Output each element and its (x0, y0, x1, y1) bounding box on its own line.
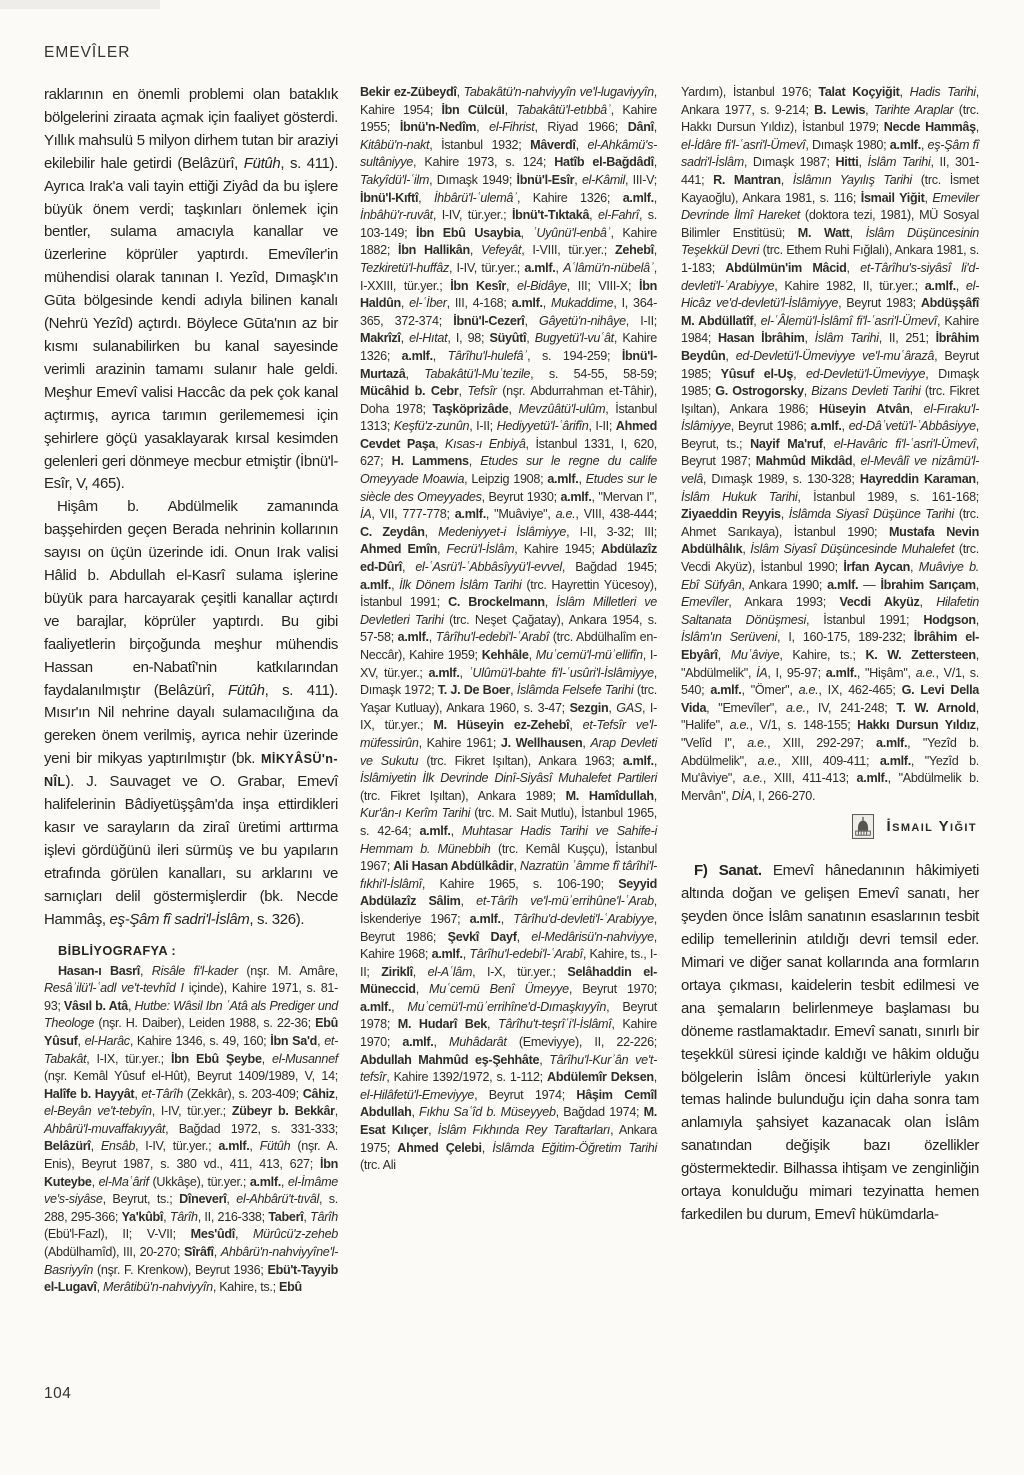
author-signature-row: İsmail Yiğit (681, 814, 977, 839)
column-2: Bekir ez-Zübeydî, Tabakâtü'n-nahviyyîn v… (360, 84, 657, 1175)
body-paragraph: raklarının en önemli problemi olan batak… (44, 84, 338, 496)
column-3: Yardım), İstanbul 1976; Talat Koçyiğit, … (681, 84, 979, 1227)
scan-artifact (0, 0, 160, 9)
page-number: 104 (44, 1385, 71, 1403)
body-paragraph: F) Sanat. Emevî hânedanının hâkimiyeti a… (681, 860, 979, 1227)
encyclopedia-page: EMEVÎLER raklarının en önemli problemi o… (0, 0, 1024, 1475)
author-signature: İsmail Yiğit (887, 818, 977, 835)
bibliography-heading: BİBLİYOGRAFYA : (44, 943, 338, 958)
running-header: EMEVÎLER (44, 44, 130, 62)
bibliography-text: Hasan-ı Basrî, Risâle fi'l-kader (nşr. M… (44, 963, 338, 1297)
bibliography-text: Bekir ez-Zübeydî, Tabakâtü'n-nahviyyîn v… (360, 84, 657, 1175)
bibliography-text: Yardım), İstanbul 1976; Talat Koçyiğit, … (681, 84, 979, 805)
publisher-stamp-icon (852, 814, 874, 839)
body-paragraph: Hişâm b. Abdülmelik zamanında başşehirde… (44, 496, 338, 931)
column-1: raklarının en önemli problemi olan batak… (44, 84, 338, 1297)
